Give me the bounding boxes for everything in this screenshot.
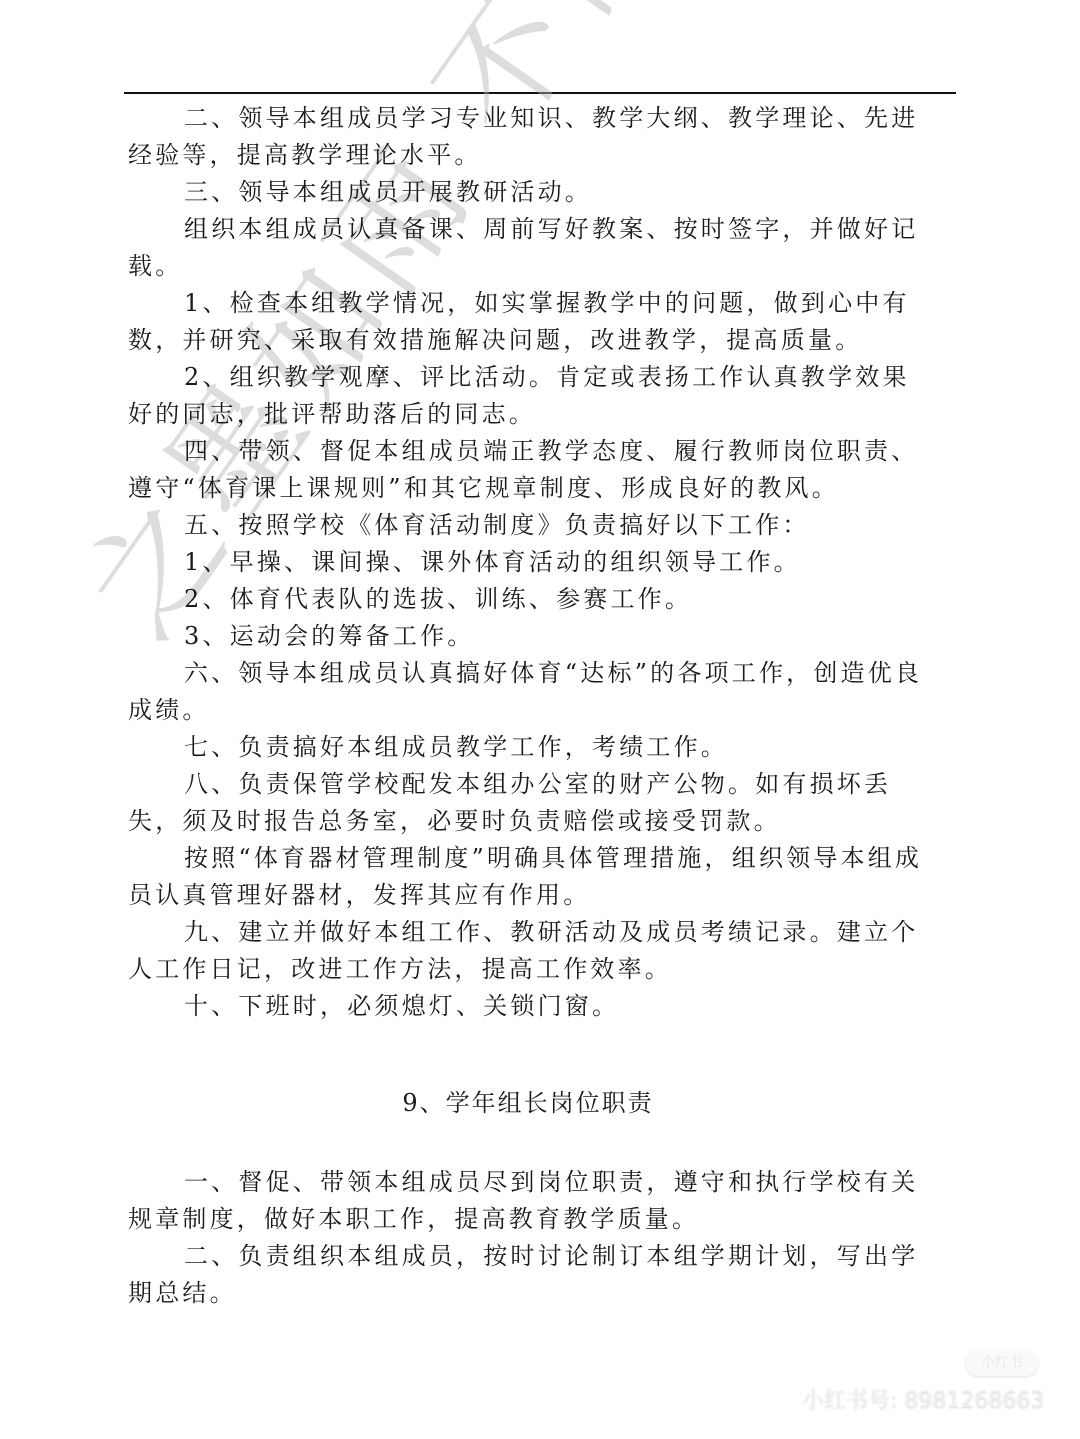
paragraph: 三、领导本组成员开展教研活动。 [128, 174, 928, 211]
header-rule [124, 92, 956, 94]
paragraph: 按照“体育器材管理制度”明确具体管理措施，组织领导本组成员认真管理好器材，发挥其… [128, 840, 928, 914]
paragraph: 二、负责组织本组成员，按时讨论制订本组学期计划，写出学期总结。 [128, 1238, 928, 1312]
paragraph: 六、领导本组成员认真搞好体育“达标”的各项工作，创造优良成绩。 [128, 655, 928, 729]
paragraph: 四、带领、督促本组成员端正教学态度、履行教师岗位职责、遵守“体育课上课规则”和其… [128, 433, 928, 507]
paragraph: 一、督促、带领本组成员尽到岗位职责，遵守和执行学校有关规章制度，做好本职工作，提… [128, 1164, 928, 1238]
paragraph: 组织本组成员认真备课、周前写好教案、按时签字，并做好记载。 [128, 211, 928, 285]
paragraph: 2、体育代表队的选拔、训练、参赛工作。 [128, 581, 928, 618]
paragraph: 五、按照学校《体育活动制度》负责搞好以下工作： [128, 507, 928, 544]
paragraph: 九、建立并做好本组工作、教研活动及成员考绩记录。建立个人工作日记，改进工作方法，… [128, 914, 928, 988]
paragraph: 七、负责搞好本组成员教学工作，考绩工作。 [128, 729, 928, 766]
paragraph: 十、下班时，必须熄灯、关锁门窗。 [128, 988, 928, 1025]
xiaohongshu-logo-badge: 小红书 [966, 1350, 1038, 1376]
document-page: 二、领导本组成员学习专业知识、教学大纲、教学理论、先进经验等，提高教学理论水平。… [128, 100, 928, 1312]
paragraph: 1、早操、课间操、课外体育活动的组织领导工作。 [128, 544, 928, 581]
section-title: 9、学年组长岗位职责 [128, 1085, 928, 1122]
paragraph: 二、领导本组成员学习专业知识、教学大纲、教学理论、先进经验等，提高教学理论水平。 [128, 100, 928, 174]
paragraph: 3、运动会的筹备工作。 [128, 618, 928, 655]
paragraph: 1、检查本组教学情况，如实掌握教学中的问题，做到心中有数，并研究、采取有效措施解… [128, 285, 928, 359]
xiaohongshu-account-id: 小红书号: 8981268663 [802, 1383, 1044, 1414]
paragraph: 2、组织教学观摩、评比活动。肯定或表扬工作认真教学效果好的同志，批评帮助落后的同… [128, 359, 928, 433]
paragraph: 八、负责保管学校配发本组办公室的财产公物。如有损坏丢失，须及时报告总务室，必要时… [128, 766, 928, 840]
